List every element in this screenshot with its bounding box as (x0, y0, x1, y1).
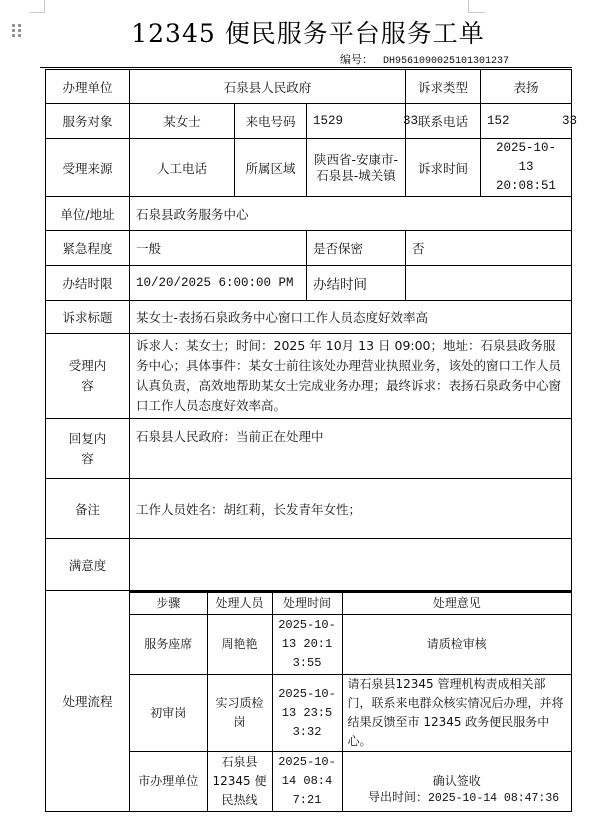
flow-time: 2025-10-14 08:47:21 (272, 752, 342, 812)
address-value: 石泉县政务服务中心 (130, 197, 572, 231)
service-target-label: 服务对象 (46, 104, 130, 139)
export-time-value: 2025-10-14 08:47:36 (428, 792, 559, 805)
appeal-time-label: 诉求时间 (406, 139, 481, 197)
flow-handler: 石泉县12345 便民热线 (207, 752, 272, 812)
completion-time-value (406, 266, 572, 301)
flow-header-handler: 处理人员 (207, 592, 272, 615)
flow-handler: 周艳艳 (207, 615, 272, 675)
export-time: 导出时间：2025-10-14 08:47:36 (368, 788, 559, 805)
contact-phone-value: 152 33 (481, 104, 572, 139)
subject-value: 某女士-表扬石泉政务中心窗口工作人员态度好效率高 (130, 301, 572, 334)
flow-time: 2025-10-13 20:13:55 (272, 615, 342, 675)
content-label: 受理内容 (46, 334, 130, 419)
region-value: 陕西省-安康市-石泉县-城关镇 (307, 139, 406, 197)
confidential-value: 否 (406, 231, 572, 266)
flow-header-opinion: 处理意见 (342, 592, 571, 615)
flow-time: 2025-10-13 23:53:32 (272, 675, 342, 752)
doc-number: 编号：DH9561090025101301237 (340, 51, 509, 67)
address-label: 单位/地址 (46, 197, 130, 231)
flow-step: 服务座席 (130, 615, 207, 675)
deadline-label: 办结时限 (46, 266, 130, 301)
doc-number-value: DH9561090025101301237 (383, 56, 509, 67)
urgency-label: 紧急程度 (46, 231, 130, 266)
process-flow-cell: 步骤 处理人员 处理时间 处理意见 服务座席 周艳艳 2025-10-13 20… (130, 591, 572, 812)
confidential-label: 是否保密 (307, 231, 406, 266)
flow-row: 初审岗 实习质检岗 2025-10-13 23:53:32 请石泉县12345 … (130, 675, 571, 752)
remark-label: 备注 (46, 479, 130, 539)
flow-step: 初审岗 (130, 675, 207, 752)
header-rule (40, 67, 572, 68)
region-label: 所属区域 (235, 139, 307, 197)
caller-number-value: 1529 33 (307, 104, 406, 139)
satisfaction-label: 满意度 (46, 539, 130, 591)
flow-header-step: 步骤 (130, 592, 207, 615)
export-time-label: 导出时间： (368, 790, 428, 804)
urgency-value: 一般 (130, 231, 307, 266)
handling-unit-label: 办理单位 (46, 70, 130, 104)
appeal-type-label: 诉求类型 (406, 70, 481, 104)
remark-value: 工作人员姓名：胡红莉，长发青年女性； (130, 479, 572, 539)
caller-number-label: 来电号码 (235, 104, 307, 139)
appeal-time-value: 2025-10-13 20:08:51 (481, 139, 572, 197)
doc-number-label: 编号： (340, 53, 373, 66)
page-title: 12345 便民服务平台服务工单 (0, 14, 616, 50)
process-flow-table: 步骤 处理人员 处理时间 处理意见 服务座席 周艳艳 2025-10-13 20… (130, 591, 571, 811)
appeal-type-value: 表扬 (481, 70, 572, 104)
work-order-table: 办理单位 石泉县人民政府 诉求类型 表扬 服务对象 某女士 来电号码 1529 … (45, 69, 572, 812)
flow-row: 服务座席 周艳艳 2025-10-13 20:13:55 请质检审核 (130, 615, 571, 675)
satisfaction-value (130, 539, 572, 591)
service-target-value: 某女士 (130, 104, 235, 139)
subject-label: 诉求标题 (46, 301, 130, 334)
completion-time-label: 办结时间 (307, 266, 406, 301)
flow-step: 市办理单位 (130, 752, 207, 812)
handling-unit-value: 石泉县人民政府 (130, 70, 406, 104)
source-label: 受理来源 (46, 139, 130, 197)
page-corner-mark (468, 0, 485, 13)
deadline-value: 10/20/2025 6:00:00 PM (130, 266, 307, 301)
flow-opinion: 请石泉县12345 管理机构责成相关部门，联系来电群众核实情况后办理，并将结果反… (342, 675, 571, 752)
flow-opinion: 请质检审核 (342, 615, 571, 675)
process-label: 处理流程 (46, 591, 130, 812)
reply-label: 回复内容 (46, 419, 130, 479)
flow-handler: 实习质检岗 (207, 675, 272, 752)
page-corner-mark (30, 0, 45, 13)
content-value: 诉求人：某女士；时间：2025 年 10月 13 日 09:00；地址：石泉县政… (130, 334, 572, 419)
flow-header-time: 处理时间 (272, 592, 342, 615)
reply-value: 石泉县人民政府：当前正在处理中 (130, 419, 572, 479)
source-value: 人工电话 (130, 139, 235, 197)
